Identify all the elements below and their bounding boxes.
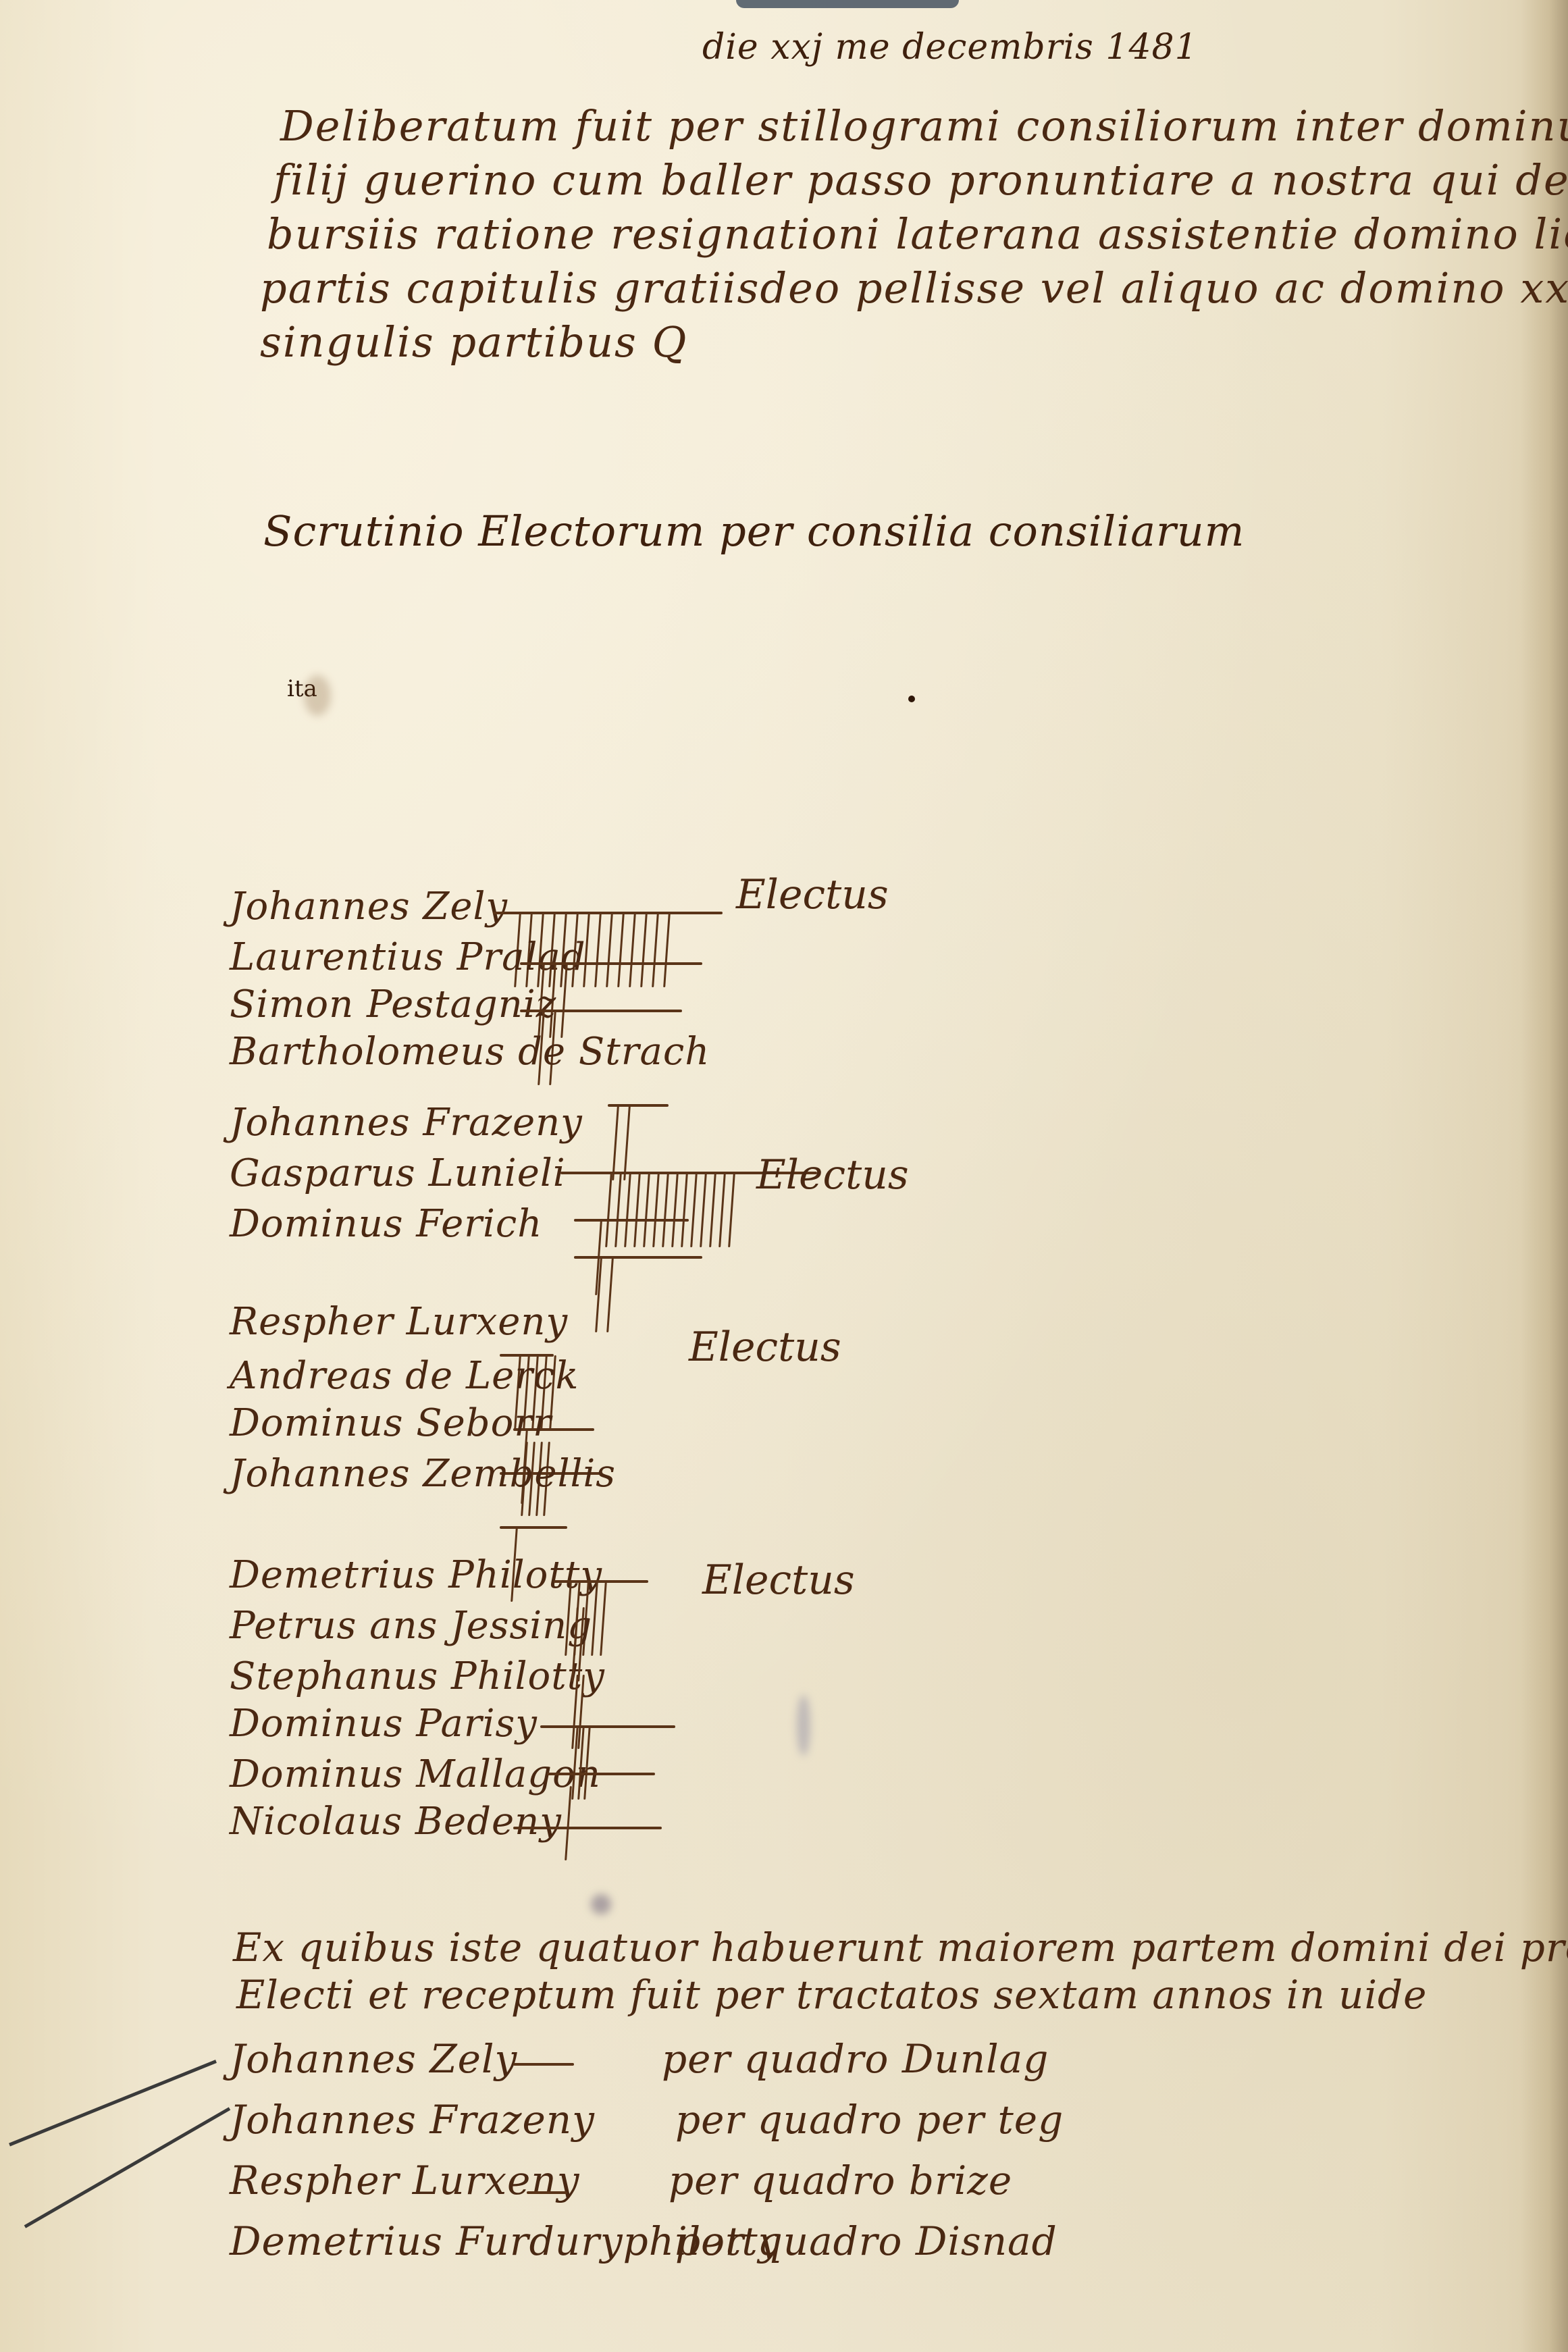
candidate-name: Andreas de Lerck — [230, 1354, 579, 1398]
tally-line — [513, 1827, 662, 1829]
candidate-row: Demetrius Philotty Electus — [230, 1553, 1175, 1600]
paragraph-line: singulis partibus Q — [260, 317, 687, 367]
ink-stain — [304, 675, 331, 716]
tally-marks — [574, 1607, 582, 1681]
candidate-row: Dominus Parisy — [230, 1702, 1175, 1749]
ink-stain — [591, 1894, 611, 1914]
candidate-row: Andreas de Lerck — [230, 1354, 1175, 1401]
candidate-name: Demetrius Philotty — [230, 1553, 602, 1597]
assignment-post: per quadro Dunlag — [662, 2036, 1049, 2082]
candidate-row — [230, 1253, 1175, 1300]
candidate-name: Dominus Seborr — [230, 1401, 552, 1445]
candidate-row: Simon Pestagniz — [230, 983, 1175, 1030]
candidate-name: Stephanus Philotty — [230, 1654, 605, 1698]
tally-marks — [574, 1725, 588, 1800]
paragraph-line: partis capitulis gratiisdeo pellisse vel… — [260, 263, 1568, 313]
candidate-name: Johannes Zely — [230, 885, 508, 929]
candidate-row: Dominus Mallagon — [230, 1752, 1175, 1800]
page-edge-shadow — [1521, 0, 1568, 2352]
candidate-name: Dominus Mallagon — [230, 1752, 601, 1796]
electus-label: Electus — [736, 871, 889, 918]
candidate-name: Dominus Parisy — [230, 1702, 538, 1746]
candidate-row: Dominus Seborr — [230, 1401, 1175, 1448]
candidate-name: Nicolaus Bedeny — [230, 1800, 562, 1844]
tally-line — [547, 1773, 655, 1775]
dash — [513, 2063, 574, 2066]
tally-line — [540, 1725, 675, 1728]
candidate-name: Bartholomeus de Strach — [230, 1030, 710, 1074]
candidate-name: Dominus Ferich — [230, 1202, 542, 1246]
assignment-post: per quadro Disnad — [675, 2218, 1057, 2264]
candidate-name: Gasparus Lunieli — [230, 1151, 566, 1195]
closing-line-2: Electi et receptum fuit per tractatos se… — [236, 1972, 1428, 2018]
candidate-row: Laurentius Pralad — [230, 935, 1175, 983]
candidate-row: Gasparus Lunieli Electus — [230, 1151, 1175, 1199]
electus-label: Electus — [756, 1151, 909, 1199]
paragraph-line: filij guerino cum baller passo pronuntia… — [273, 155, 1568, 205]
candidate-row: Petrus ans Jessing — [230, 1604, 1175, 1651]
closing-line-1: Ex quibus iste quatuor habuerunt maiorem… — [233, 1925, 1568, 1970]
assignment-post: per quadro brize — [669, 2158, 1012, 2203]
candidate-row: Johannes Zely Electus — [230, 885, 1175, 932]
paragraph-line: bursiis ratione resignationi laterana as… — [267, 209, 1568, 259]
candidate-row: Respher Lurxeny Electus — [230, 1300, 1175, 1347]
assignment-name: Johannes Zely — [230, 2036, 517, 2082]
header-date: die xxj me decembris 1481 — [702, 27, 1198, 68]
candidate-name: Respher Lurxeny — [230, 1300, 568, 1344]
candidate-name: Laurentius Pralad — [230, 935, 586, 979]
candidate-row: Stephanus Philotty — [230, 1654, 1175, 1702]
assignment-name: Respher Lurxeny — [230, 2158, 579, 2203]
paragraph-line: Deliberatum fuit per stillogrami consili… — [280, 101, 1568, 151]
candidate-name: Johannes Frazeny — [230, 1101, 583, 1145]
candidate-name: Petrus ans Jessing — [230, 1604, 592, 1648]
dash — [527, 2191, 567, 2194]
tally-line — [574, 1256, 702, 1259]
candidate-row: Nicolaus Bedeny — [230, 1800, 1175, 1847]
candidate-name: Simon Pestagniz — [230, 983, 556, 1026]
candidate-row: Johannes Frazeny — [230, 1101, 1175, 1148]
candidate-row: Johannes Zembellis — [230, 1452, 1175, 1499]
electus-label: Electus — [702, 1557, 855, 1604]
ink-dot — [908, 696, 915, 702]
assignment-name: Johannes Frazeny — [230, 2097, 595, 2143]
tally-line — [500, 1526, 567, 1529]
tally-marks — [567, 1786, 569, 1860]
candidate-row: Dominus Ferich — [230, 1202, 1175, 1249]
candidate-name: Johannes Zembellis — [230, 1452, 616, 1496]
assignment-post: per quadro per teg — [675, 2097, 1064, 2143]
section-heading: Scrutinio Electorum per consilia consili… — [263, 506, 1245, 556]
binding-tab — [736, 0, 959, 8]
tally-line — [574, 1219, 689, 1222]
candidate-row: Bartholomeus de Strach — [230, 1030, 1175, 1077]
